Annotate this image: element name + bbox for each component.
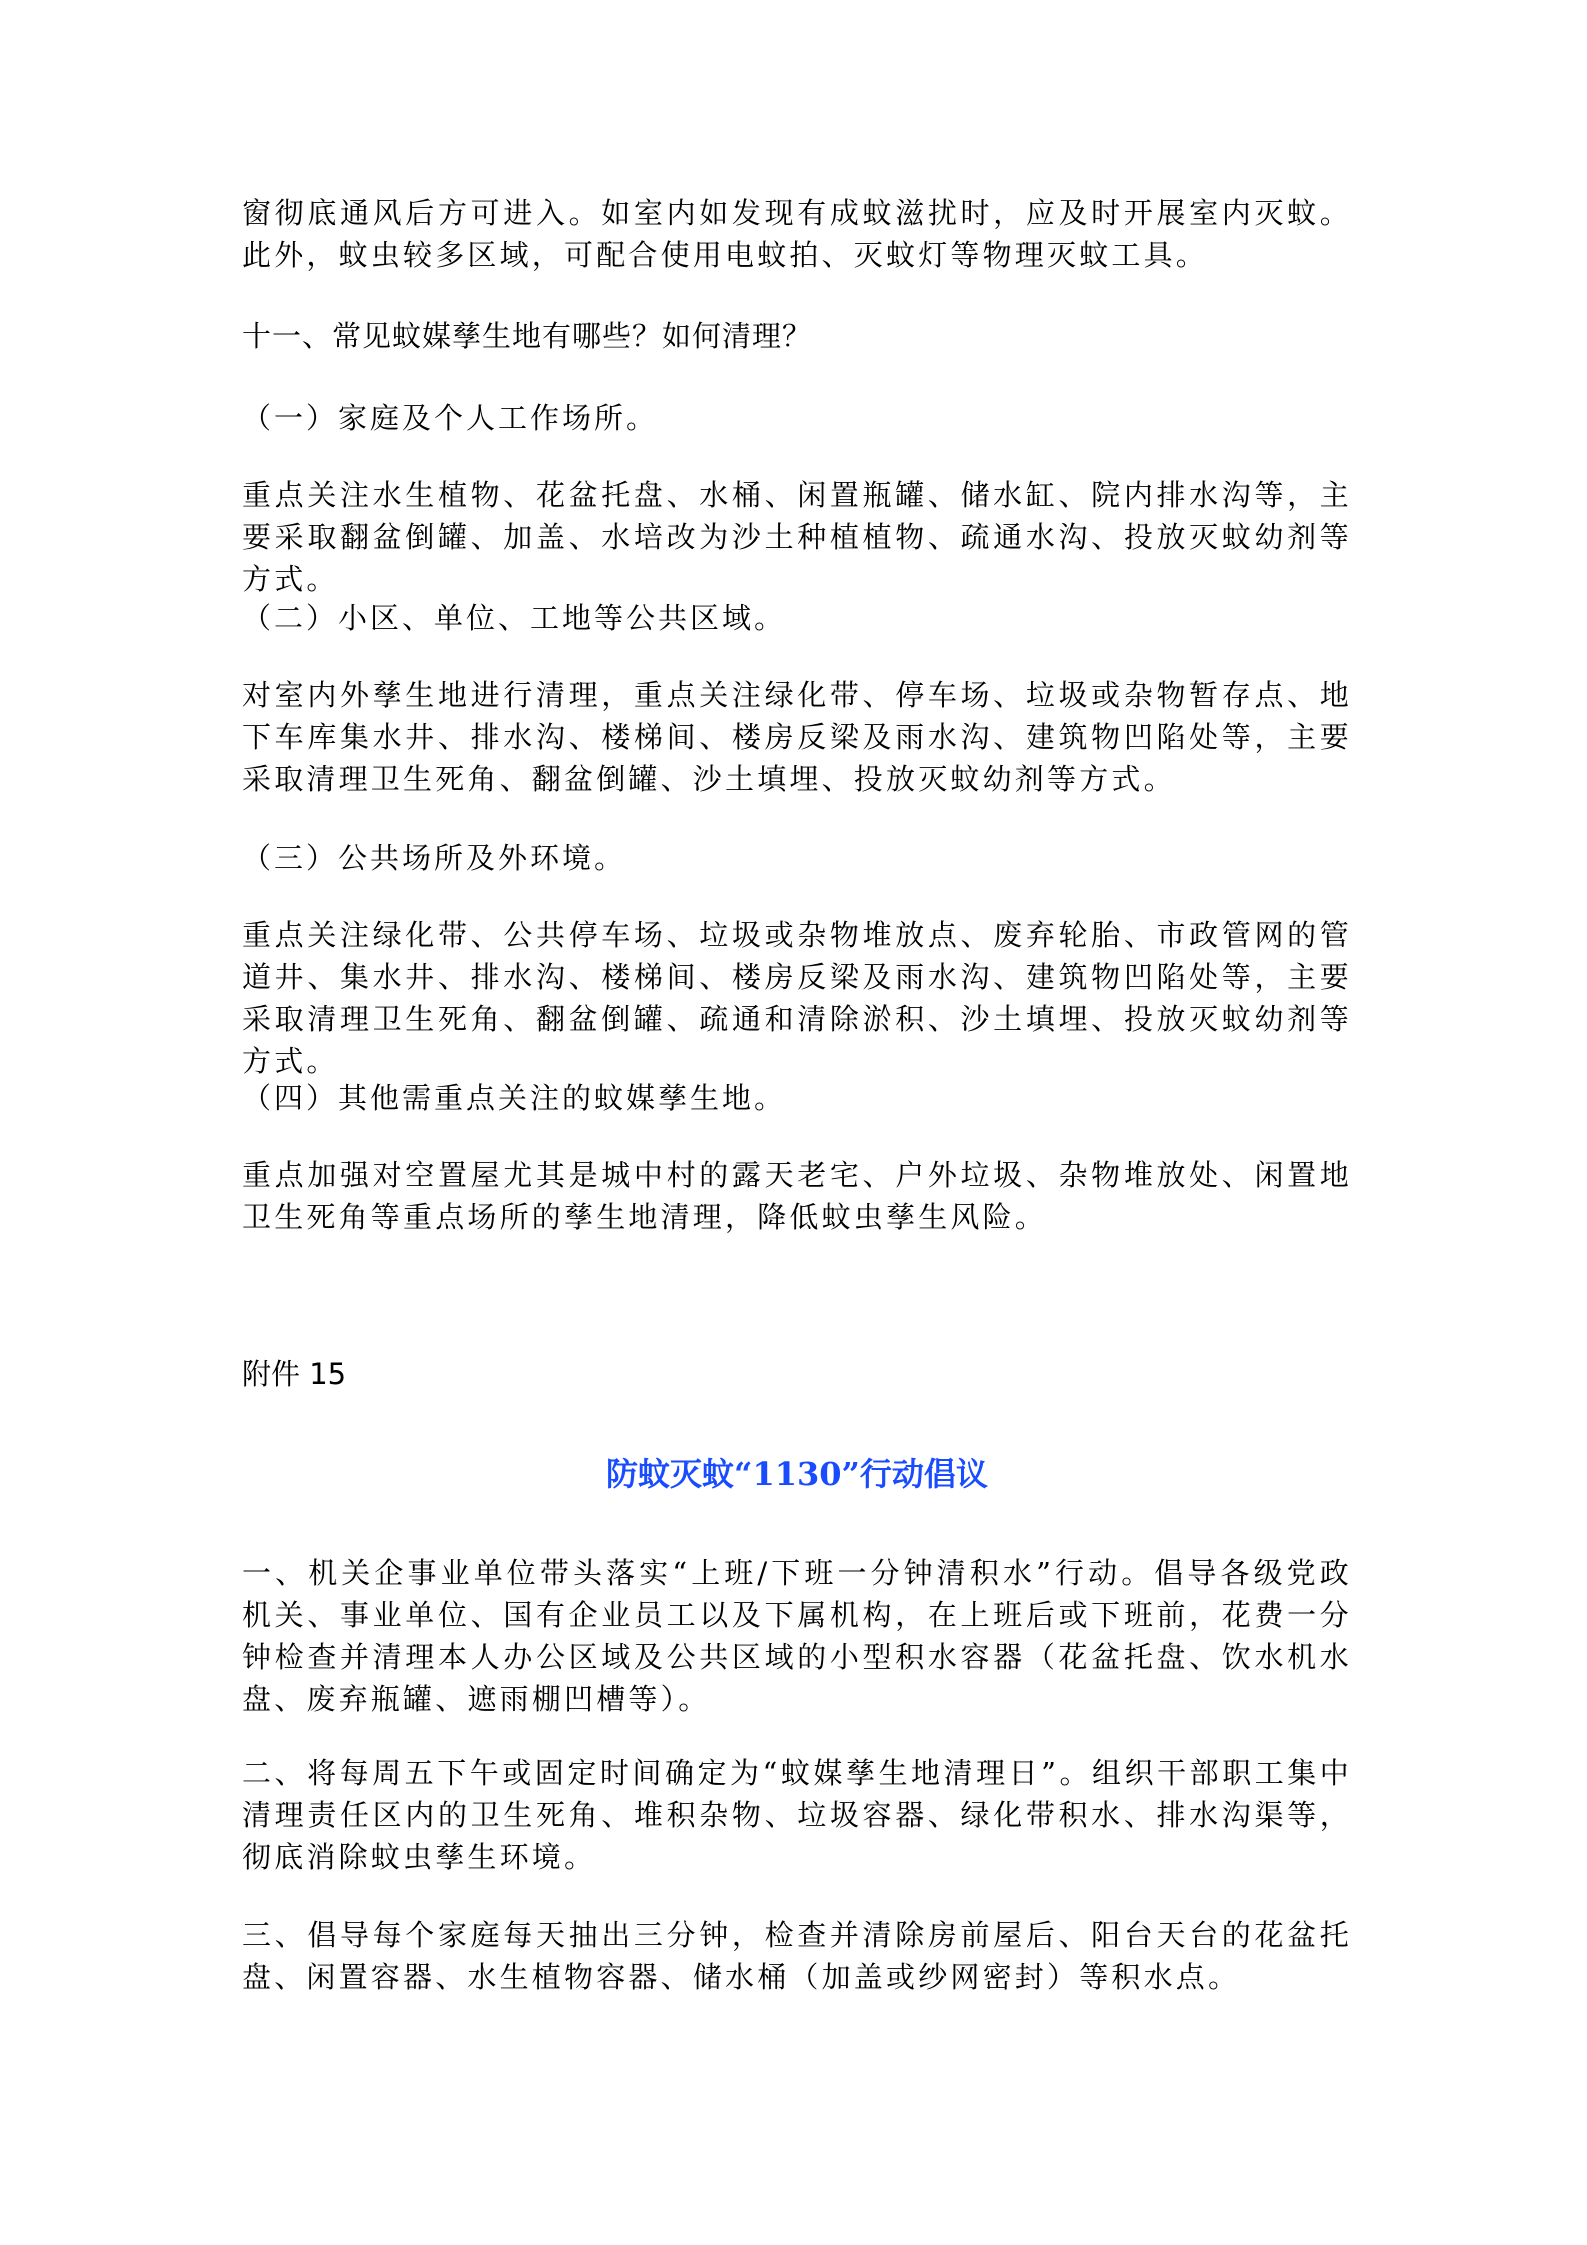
subsection-3-body: 重点关注绿化带、公共停车场、垃圾或杂物堆放点、废弃轮胎、市政管网的管道井、集水井…: [242, 914, 1352, 1082]
initiative-item-2: 二、将每周五下午或固定时间确定为“蚊媒孳生地清理日”。组织干部职工集中清理责任区…: [242, 1752, 1352, 1878]
attachment-label: 附件 15: [242, 1354, 346, 1394]
initiative-item-3: 三、倡导每个家庭每天抽出三分钟，检查并清除房前屋后、阳台天台的花盆托盘、闲置容器…: [242, 1914, 1352, 1998]
intro-paragraph: 窗彻底通风后方可进入。如室内如发现有成蚊滋扰时，应及时开展室内灭蚊。此外，蚊虫较…: [242, 192, 1352, 276]
subsection-2-body: 对室内外孳生地进行清理，重点关注绿化带、停车场、垃圾或杂物暂存点、地下车库集水井…: [242, 674, 1352, 800]
subsection-1-title: （一）家庭及个人工作场所。: [242, 398, 658, 438]
subsection-4-title: （四）其他需重点关注的蚊媒孳生地。: [242, 1078, 786, 1118]
subsection-3-title: （三）公共场所及外环境。: [242, 838, 626, 878]
initiative-item-1: 一、机关企事业单位带头落实“上班/下班一分钟清积水”行动。倡导各级党政机关、事业…: [242, 1552, 1352, 1720]
subsection-4-body: 重点加强对空置屋尤其是城中村的露天老宅、户外垃圾、杂物堆放处、闲置地卫生死角等重…: [242, 1154, 1352, 1238]
subsection-2-title: （二）小区、单位、工地等公共区域。: [242, 598, 786, 638]
subsection-1-body: 重点关注水生植物、花盆托盘、水桶、闲置瓶罐、储水缸、院内排水沟等，主要采取翻盆倒…: [242, 474, 1352, 600]
attachment-title: 防蚊灭蚊“1130”行动倡议: [242, 1452, 1352, 1496]
section-11-heading: 十一、常见蚊媒孳生地有哪些？如何清理？: [242, 316, 812, 356]
